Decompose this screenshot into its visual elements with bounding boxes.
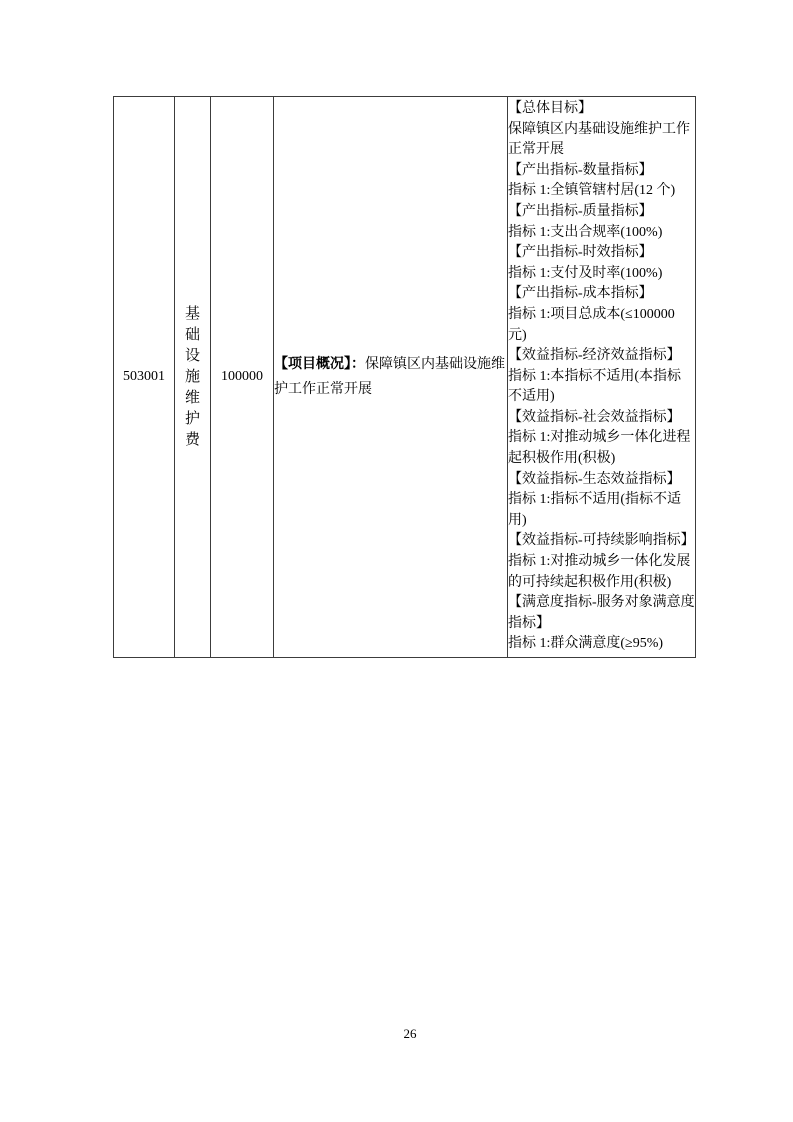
- project-name-char: 础: [175, 325, 210, 346]
- page-number: 26: [113, 1026, 707, 1042]
- indicator-line: 正常开展: [508, 140, 695, 161]
- indicator-line: 起积极作用(积极): [508, 449, 695, 470]
- indicator-line: 指标】: [508, 614, 695, 635]
- overview-text-part1: 保障镇区内基础设施维: [365, 357, 505, 372]
- performance-indicators-cell: 【总体目标】保障镇区内基础设施维护工作正常开展【产出指标-数量指标】指标 1:全…: [508, 97, 696, 658]
- project-name-char: 护: [175, 409, 210, 430]
- project-name-char: 费: [175, 430, 210, 451]
- overview-text-part2: 护工作正常开展: [274, 377, 507, 402]
- project-code-cell: 503001: [114, 97, 175, 658]
- indicator-line: 指标 1:对推动城乡一体化进程: [508, 428, 695, 449]
- indicator-line: 【产出指标-时效指标】: [508, 243, 695, 264]
- project-amount: 100000: [221, 369, 263, 384]
- indicator-line: 指标 1:指标不适用(指标不适: [508, 490, 695, 511]
- indicator-line: 保障镇区内基础设施维护工作: [508, 120, 695, 141]
- project-name-cell: 基础设施维护费: [175, 97, 211, 658]
- project-name-char: 维: [175, 388, 210, 409]
- indicator-line: 【产出指标-质量指标】: [508, 202, 695, 223]
- indicator-line: 【满意度指标-服务对象满意度: [508, 593, 695, 614]
- indicator-line: 【产出指标-数量指标】: [508, 161, 695, 182]
- project-overview-cell: 【项目概况】：保障镇区内基础设施维 护工作正常开展: [274, 97, 508, 658]
- indicator-line: 指标 1:支付及时率(100%): [508, 264, 695, 285]
- indicator-line: 指标 1:本指标不适用(本指标: [508, 367, 695, 388]
- indicator-line: 用): [508, 511, 695, 532]
- document-page: 503001 基础设施维护费 100000 【项目概况】：保障镇区内基础设施维 …: [0, 0, 793, 1122]
- indicator-line: 不适用): [508, 387, 695, 408]
- indicator-line: 【效益指标-可持续影响指标】: [508, 531, 695, 552]
- indicator-line: 【总体目标】: [508, 99, 695, 120]
- indicator-line: 指标 1:对推动城乡一体化发展: [508, 552, 695, 573]
- indicator-line: 【效益指标-生态效益指标】: [508, 470, 695, 491]
- indicator-line: 指标 1:项目总成本(≤100000: [508, 305, 695, 326]
- project-amount-cell: 100000: [211, 97, 274, 658]
- project-name-vertical: 基础设施维护费: [175, 304, 210, 451]
- indicator-line: 【产出指标-成本指标】: [508, 284, 695, 305]
- table-row: 503001 基础设施维护费 100000 【项目概况】：保障镇区内基础设施维 …: [114, 97, 696, 658]
- indicator-line: 【效益指标-经济效益指标】: [508, 346, 695, 367]
- indicator-line: 【效益指标-社会效益指标】: [508, 408, 695, 429]
- performance-indicators-text: 【总体目标】保障镇区内基础设施维护工作正常开展【产出指标-数量指标】指标 1:全…: [508, 99, 695, 655]
- project-code: 503001: [123, 369, 165, 384]
- project-name-char: 施: [175, 367, 210, 388]
- indicator-line: 指标 1:支出合规率(100%): [508, 223, 695, 244]
- indicator-line: 指标 1:群众满意度(≥95%): [508, 634, 695, 655]
- indicator-line: 的可持续起积极作用(积极): [508, 573, 695, 594]
- budget-project-table: 503001 基础设施维护费 100000 【项目概况】：保障镇区内基础设施维 …: [113, 96, 696, 658]
- indicator-line: 指标 1:全镇管辖村居(12 个): [508, 181, 695, 202]
- overview-label: 【项目概况】：: [274, 357, 365, 372]
- overview-line: 【项目概况】：保障镇区内基础设施维: [274, 352, 507, 377]
- indicator-line: 元): [508, 326, 695, 347]
- project-name-char: 设: [175, 346, 210, 367]
- project-name-char: 基: [175, 304, 210, 325]
